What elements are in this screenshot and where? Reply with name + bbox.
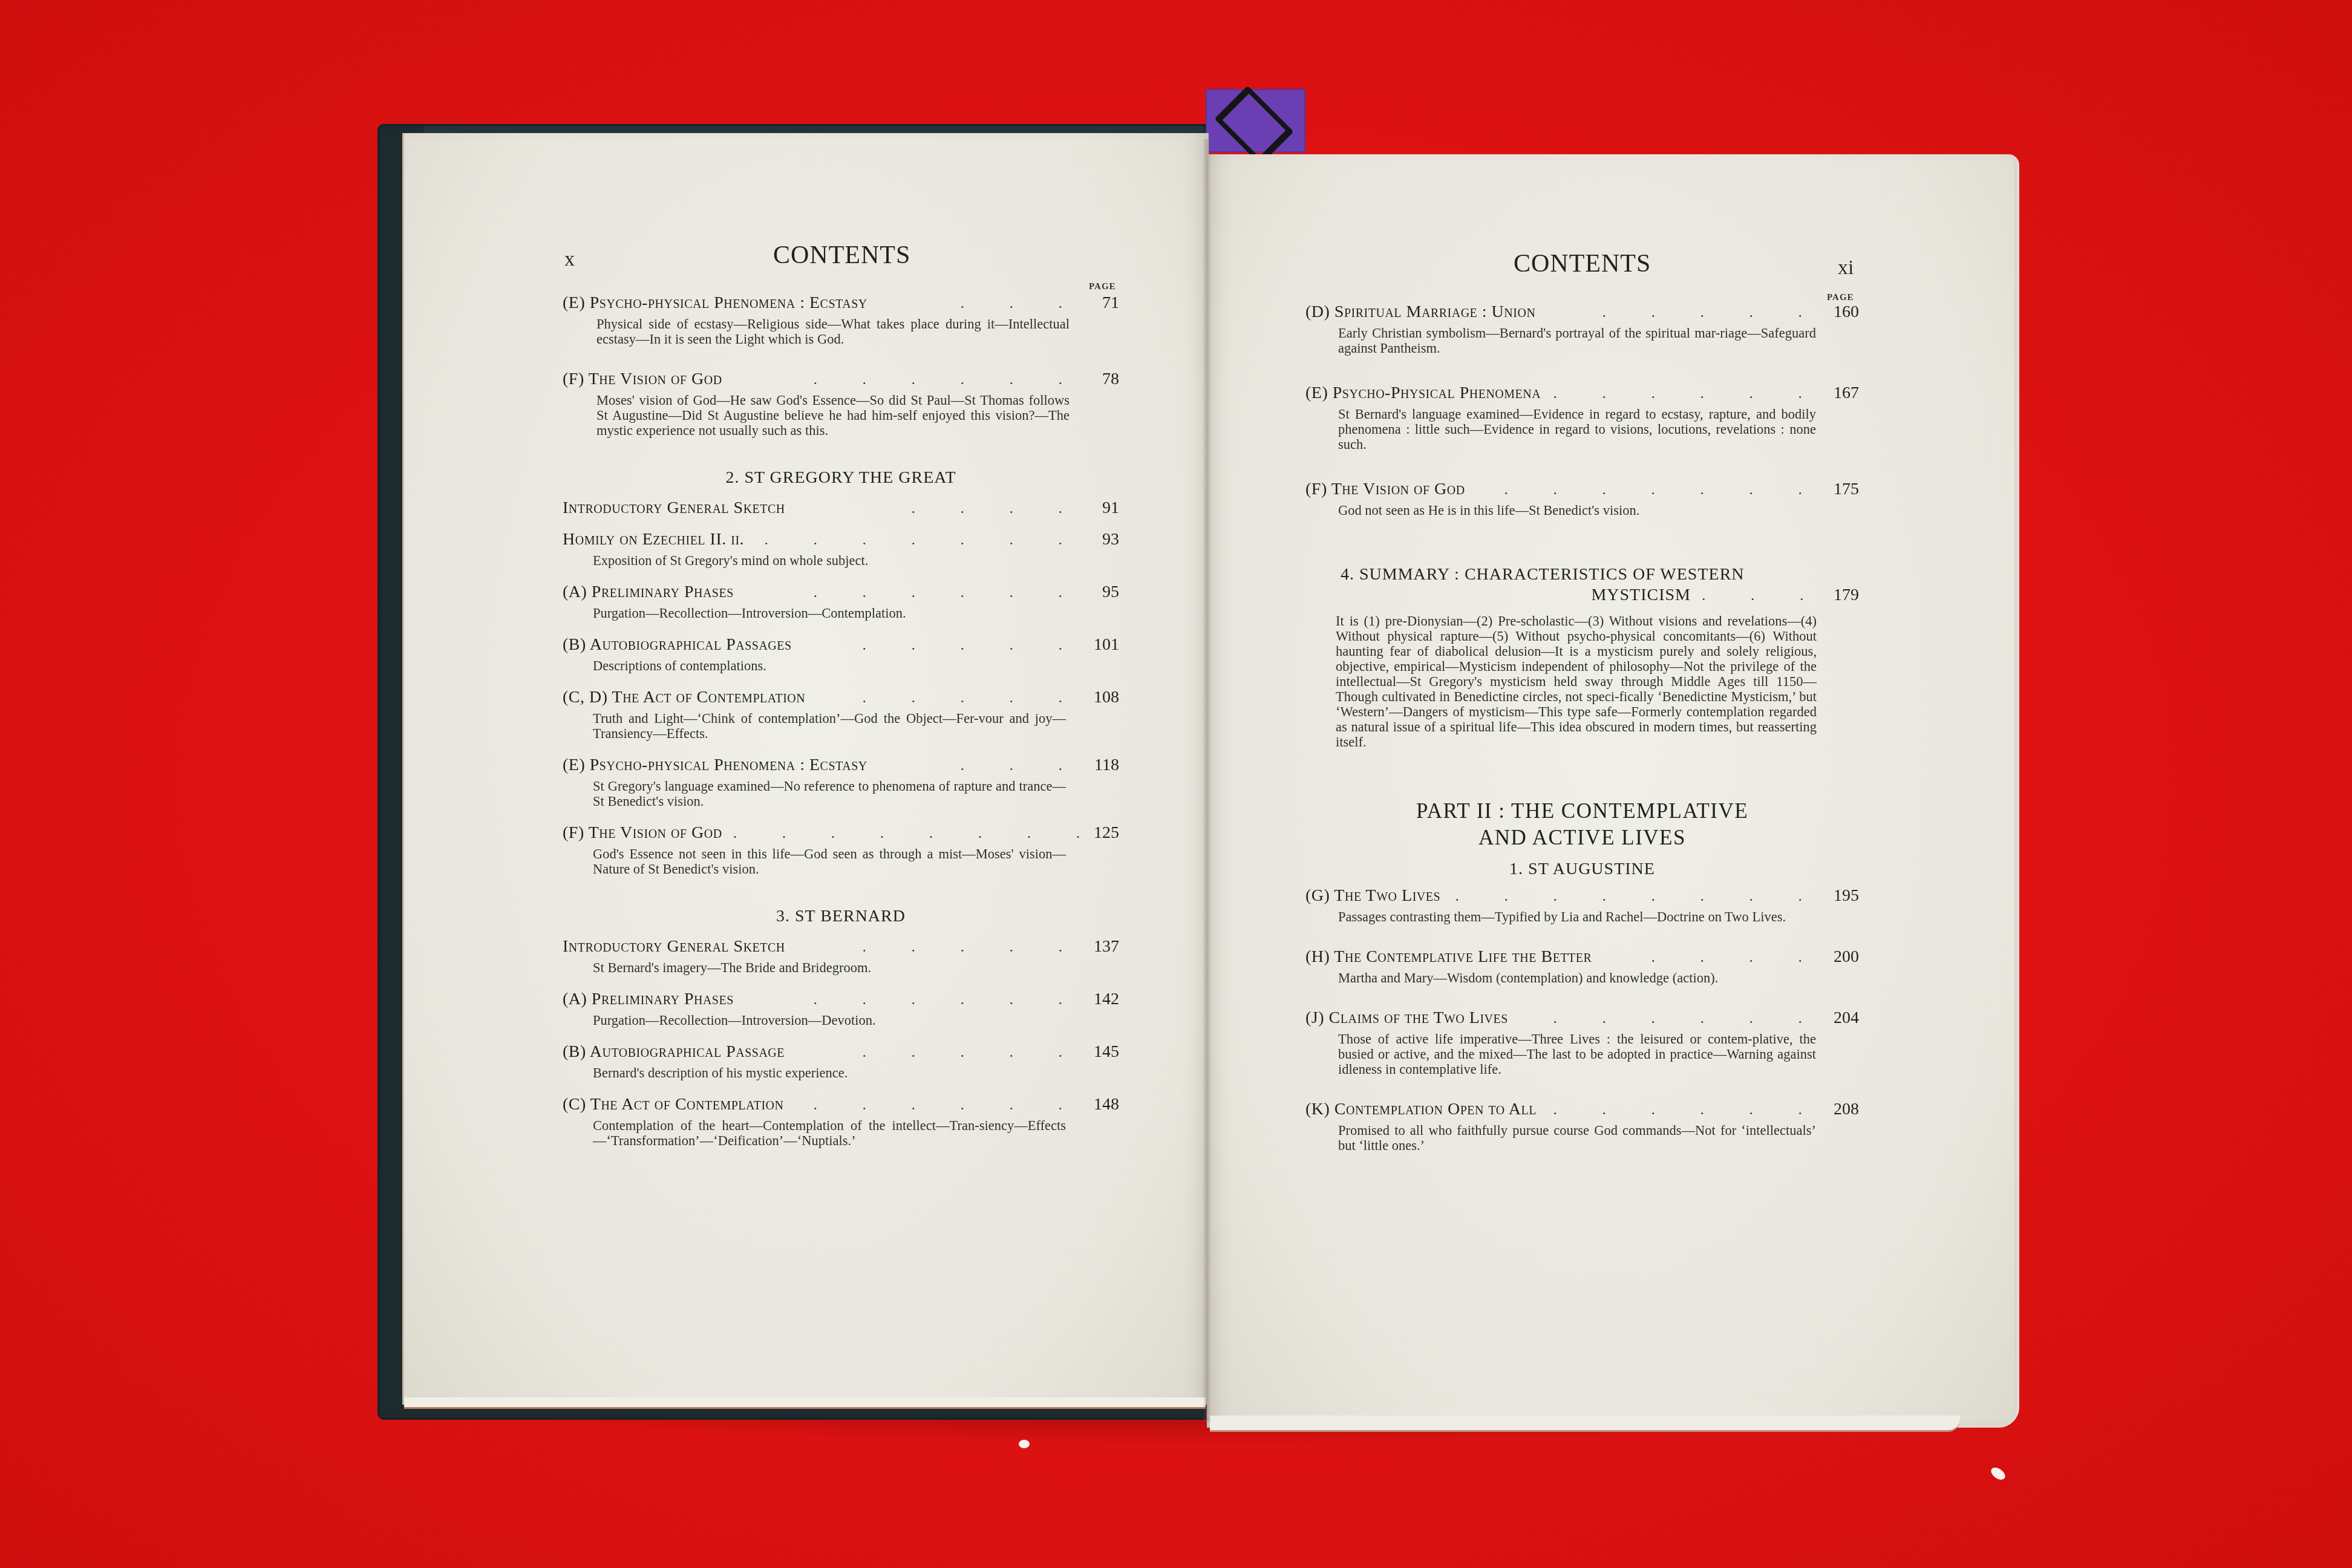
entry-title: (C, D) The Act of Contemplation — [563, 688, 805, 707]
entry-title: (K) Contemplation Open to All — [1305, 1100, 1537, 1119]
entry-description: St Bernard's imagery—The Bride and Bride… — [593, 960, 1066, 975]
entry-page: 175 — [1823, 480, 1859, 499]
toc-entry[interactable]: (J) Claims of the Two Lives. . . . . .20… — [1305, 1008, 1859, 1077]
entry-page: 160 — [1823, 302, 1859, 322]
toc-entry[interactable]: (A) Preliminary Phases. . . . . .142 Pur… — [563, 990, 1119, 1028]
summary-heading-line1: 4. SUMMARY : CHARACTERISTICS OF WESTERN — [1305, 565, 1859, 584]
entry-page: 167 — [1823, 384, 1859, 403]
entry-page: 118 — [1083, 756, 1119, 775]
entry-description: Those of active life imperative—Three Li… — [1338, 1031, 1816, 1077]
entry-description: Moses' vision of God—He saw God's Essenc… — [596, 393, 1070, 438]
entry-title: Introductory General Sketch — [563, 498, 785, 518]
toc-entry[interactable]: (G) The Two Lives. . . . . . . .195 Pass… — [1305, 886, 1859, 924]
toc-entry[interactable]: (E) Psycho-Physical Phenomena. . . . . .… — [1305, 384, 1859, 452]
entry-description: Descriptions of contemplations. — [593, 658, 1066, 673]
cover-top-edge — [423, 126, 1204, 133]
entry-page: 78 — [1083, 370, 1119, 389]
entry-page: 108 — [1083, 688, 1119, 707]
toc-entry[interactable]: (H) The Contemplative Life the Better. .… — [1305, 947, 1859, 985]
toc-entry[interactable]: (B) Autobiographical Passages. . . . .10… — [563, 635, 1119, 673]
entry-page: 95 — [1083, 583, 1119, 602]
toc-entry[interactable]: (A) Preliminary Phases. . . . . .95 Purg… — [563, 583, 1119, 621]
entry-page: 91 — [1083, 498, 1119, 518]
entry-title: (J) Claims of the Two Lives — [1305, 1008, 1508, 1028]
entry-title: (B) Autobiographical Passage — [563, 1042, 785, 1062]
left-folio: x — [564, 248, 575, 271]
entry-page: 125 — [1083, 823, 1119, 843]
toc-entry[interactable]: (F) The Vision of God. . . . . .78 Moses… — [563, 370, 1119, 438]
entry-title: (D) Spiritual Marriage : Union — [1305, 302, 1535, 322]
entry-description: God's Essence not seen in this life—God … — [593, 846, 1066, 877]
entry-title: (F) The Vision of God — [563, 370, 722, 389]
section-heading: 2. ST GREGORY THE GREAT — [563, 468, 1119, 488]
book-gutter — [1203, 139, 1211, 1422]
right-page-stack-edge — [1210, 1416, 1960, 1432]
entry-description: God not seen as He is in this life—St Be… — [1338, 503, 1816, 518]
left-toc: (E) Psycho-physical Phenomena : Ecstasy.… — [563, 293, 1119, 1148]
entry-title: (E) Psycho-physical Phenomena : Ecstasy — [563, 756, 867, 775]
entry-description: It is (1) pre-Dionysian—(2) Pre-scholast… — [1336, 613, 1817, 750]
toc-entry[interactable]: (D) Spiritual Marriage : Union. . . . .1… — [1305, 302, 1859, 356]
entry-title: (F) The Vision of God — [1305, 480, 1465, 499]
toc-entry[interactable]: (E) Psycho-physical Phenomena : Ecstasy.… — [563, 756, 1119, 809]
entry-page: 93 — [1083, 530, 1119, 549]
section-heading: 3. ST BERNARD — [563, 907, 1119, 926]
entry-title: (H) The Contemplative Life the Better — [1305, 947, 1592, 967]
entry-description: St Gregory's language examined—No refere… — [593, 779, 1066, 809]
entry-title: (E) Psycho-Physical Phenomena — [1305, 384, 1541, 403]
entry-page: 137 — [1083, 937, 1119, 956]
diamond-icon — [1214, 85, 1293, 165]
toc-entry[interactable]: Introductory General Sketch. . . . .137 … — [563, 937, 1119, 975]
entry-title: (C) The Act of Contemplation — [563, 1095, 784, 1114]
toc-entry[interactable]: Homily on Ezechiel II. ii.. . . . . . .9… — [563, 530, 1119, 568]
entry-title: (G) The Two Lives — [1305, 886, 1440, 906]
entry-description: Exposition of St Gregory's mind on whole… — [593, 553, 1066, 568]
part-title-line1: PART II : THE CONTEMPLATIVE — [1305, 798, 1859, 825]
entry-title: Homily on Ezechiel II. ii. — [563, 530, 744, 549]
entry-page: 204 — [1823, 1008, 1859, 1028]
toc-entry[interactable]: Introductory General Sketch. . . .91 — [563, 498, 1119, 518]
entry-page: 208 — [1823, 1100, 1859, 1119]
part-title-line2: AND ACTIVE LIVES — [1305, 825, 1859, 851]
entry-description: Passages contrasting them—Typified by Li… — [1338, 909, 1816, 924]
right-running-title: CONTENTS — [1514, 249, 1651, 278]
entry-description: Bernard's description of his mystic expe… — [593, 1065, 1066, 1080]
toc-entry[interactable]: (C, D) The Act of Contemplation. . . . .… — [563, 688, 1119, 741]
entry-description: Contemplation of the heart—Contemplation… — [593, 1118, 1066, 1148]
entry-description: Early Christian symbolism—Bernard's port… — [1338, 325, 1816, 356]
toc-entry[interactable]: (E) Psycho-physical Phenomena : Ecstasy.… — [563, 293, 1119, 347]
entry-page: 142 — [1083, 990, 1119, 1009]
toc-entry[interactable]: (C) The Act of Contemplation. . . . . .1… — [563, 1095, 1119, 1148]
entry-description: Truth and Light—‘Chink of contemplation’… — [593, 711, 1066, 741]
entry-title: Introductory General Sketch — [563, 937, 785, 956]
left-running-title: CONTENTS — [773, 241, 910, 270]
entry-description: Physical side of ecstasy—Religious side—… — [596, 316, 1070, 347]
entry-description: Promised to all who faithfully pursue co… — [1338, 1123, 1816, 1153]
left-page-stack-edge — [404, 1397, 1206, 1409]
entry-page: 179 — [1823, 586, 1859, 605]
toc-entry[interactable]: (F) The Vision of God. . . . . . .175 Go… — [1305, 480, 1859, 518]
entry-title: (A) Preliminary Phases — [563, 583, 734, 602]
right-page-column-label: PAGE — [1827, 293, 1854, 303]
entry-page: 200 — [1823, 947, 1859, 967]
entry-page: 195 — [1823, 886, 1859, 906]
entry-page: 71 — [1083, 293, 1119, 313]
entry-page: 145 — [1083, 1042, 1119, 1062]
entry-title: (E) Psycho-physical Phenomena : Ecstasy — [563, 293, 867, 313]
right-folio: xi — [1838, 256, 1854, 279]
entry-title: (B) Autobiographical Passages — [563, 635, 792, 655]
toc-entry[interactable]: (B) Autobiographical Passage. . . . .145… — [563, 1042, 1119, 1080]
paper-speck — [1019, 1440, 1030, 1448]
entry-description: St Bernard's language examined—Evidence … — [1338, 407, 1816, 452]
right-toc: (D) Spiritual Marriage : Union. . . . .1… — [1305, 302, 1859, 1153]
entry-page: 148 — [1083, 1095, 1119, 1114]
entry-page: 101 — [1083, 635, 1119, 655]
entry-title: (F) The Vision of God — [563, 823, 722, 843]
paper-speck — [1989, 1465, 2007, 1482]
bookmark-tab — [1206, 89, 1305, 152]
entry-description: Purgation—Recollection—Introversion—Devo… — [593, 1013, 1066, 1028]
toc-entry[interactable]: (F) The Vision of God. . . . . . . .125 … — [563, 823, 1119, 877]
left-page-column-label: PAGE — [1089, 282, 1116, 292]
summary-heading-line2: MYSTICISM — [1591, 586, 1691, 605]
entry-title: (A) Preliminary Phases — [563, 990, 734, 1009]
toc-entry[interactable]: (K) Contemplation Open to All. . . . . .… — [1305, 1100, 1859, 1153]
entry-description: Martha and Mary—Wisdom (contemplation) a… — [1338, 970, 1816, 985]
toc-entry-summary[interactable]: 4. SUMMARY : CHARACTERISTICS OF WESTERN … — [1305, 565, 1859, 750]
entry-description: Purgation—Recollection—Introversion—Cont… — [593, 606, 1066, 621]
section-heading: 1. ST AUGUSTINE — [1305, 860, 1859, 879]
